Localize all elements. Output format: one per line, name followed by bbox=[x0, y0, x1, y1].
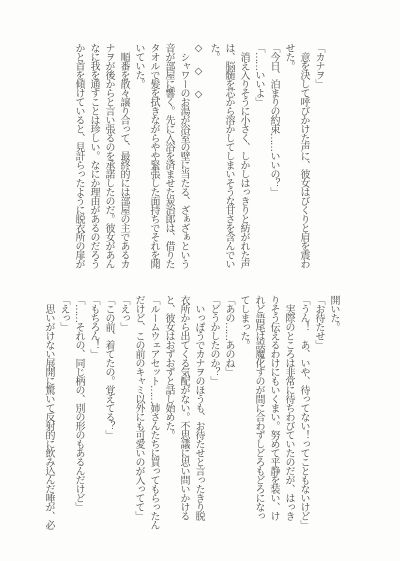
text-column: 「えっ」 bbox=[56, 295, 71, 527]
text-column: てしまった。 bbox=[236, 295, 251, 527]
text-column: 実際のところは非常に待ちわびていたのだが、はっき bbox=[281, 295, 296, 527]
text-column: 思いがけない展開に驚いて反射的に飲み込んだ唾が、必 bbox=[41, 295, 56, 527]
text-column: 「どうかしたのか？」 bbox=[206, 295, 221, 527]
text-column: いっぽうでカナヲのほうも、お待たせと言ったきり脱 bbox=[191, 295, 206, 527]
text-column: 「今日、泊まりの約束……いいの？」 bbox=[266, 43, 281, 273]
text-column: いていた。 bbox=[131, 43, 146, 273]
text-column: 意を決して呼びかけた声に、彼女はびくりと肩を震わ bbox=[296, 43, 311, 273]
text-column: 「あの……あのね」 bbox=[221, 295, 236, 527]
text-column: た。 bbox=[206, 43, 221, 273]
text-column: なに我を通すことは珍しい。なにか理由があるのだろう bbox=[86, 43, 101, 273]
text-column: タオルで髪を拭きながらやや緊張した面持ちでそれを聞 bbox=[146, 43, 161, 273]
text-column: 「……それの、同じ柄の、別の形のもあるんだけど」 bbox=[71, 295, 86, 527]
text-column: 開いた。 bbox=[326, 295, 341, 527]
text-column: 「えっ」 bbox=[116, 295, 131, 527]
text-column: 「……いいよ」 bbox=[251, 43, 266, 273]
text-column: は、脳髄を芯から溶かしてしまいそうな甘さを含んでい bbox=[221, 43, 236, 273]
novel-page: 「カナヲ」 意を決して呼びかけた声に、彼女はびくりと肩を震わせた。「今日、泊まり… bbox=[0, 0, 400, 561]
text-column: せた。 bbox=[281, 43, 296, 273]
text-column: かと首を傾けていると、見計らったように脱衣所の扉が bbox=[71, 43, 86, 273]
text-column: 「うん！ あ、いや、待ってない！ってこともないけど」 bbox=[296, 295, 311, 527]
text-column: 「カナヲ」 bbox=[311, 43, 326, 273]
text-column: だけど、この前のキャミ以外にも可愛いのが入ってて」 bbox=[131, 295, 146, 527]
text-column: ナヲが後からと言い張るのを承諾したのだ。彼女があん bbox=[101, 43, 116, 273]
text-column: 音が部屋に響く。先に入浴を済ませた炭治郎は、借りた bbox=[161, 43, 176, 273]
top-text-block: 「カナヲ」 意を決して呼びかけた声に、彼女はびくりと肩を震わせた。「今日、泊まり… bbox=[71, 43, 326, 273]
text-column: れど語尾は誤魔化すのが間に合わずしどろもどろになっ bbox=[251, 295, 266, 527]
text-column: 消え入りそうに小さく、しかしはっきりと紡がれた声 bbox=[236, 43, 251, 273]
text-column: 「お待たせ」 bbox=[311, 295, 326, 527]
text-column: 「ルームウェアセット……姉さんたちに買ってもらったん bbox=[146, 295, 161, 527]
text-column: 順番を散々譲り合って、最終的には部屋の主であるカ bbox=[116, 43, 131, 273]
text-column: 衣所から出てくる気配がない。不思議に思い問いかける bbox=[176, 295, 191, 527]
text-column: と、彼女はおずおずと話し始めた。 bbox=[161, 295, 176, 527]
text-column: シャワーのお湯が浴室の壁に当たる、ざぁざぁという bbox=[176, 43, 191, 273]
bottom-text-block: 開いた。「お待たせ」「うん！ あ、いや、待ってない！ってこともないけど」 実際の… bbox=[41, 295, 341, 527]
text-column: 「もちろん！」 bbox=[86, 295, 101, 527]
text-column: りそう伝えるわけにもいくまい。努めて平静を装い、け bbox=[266, 295, 281, 527]
text-column: 「この前、着てたの。覚えてる？」 bbox=[101, 295, 116, 527]
section-divider: ◇ ◇ ◇ bbox=[191, 43, 206, 273]
